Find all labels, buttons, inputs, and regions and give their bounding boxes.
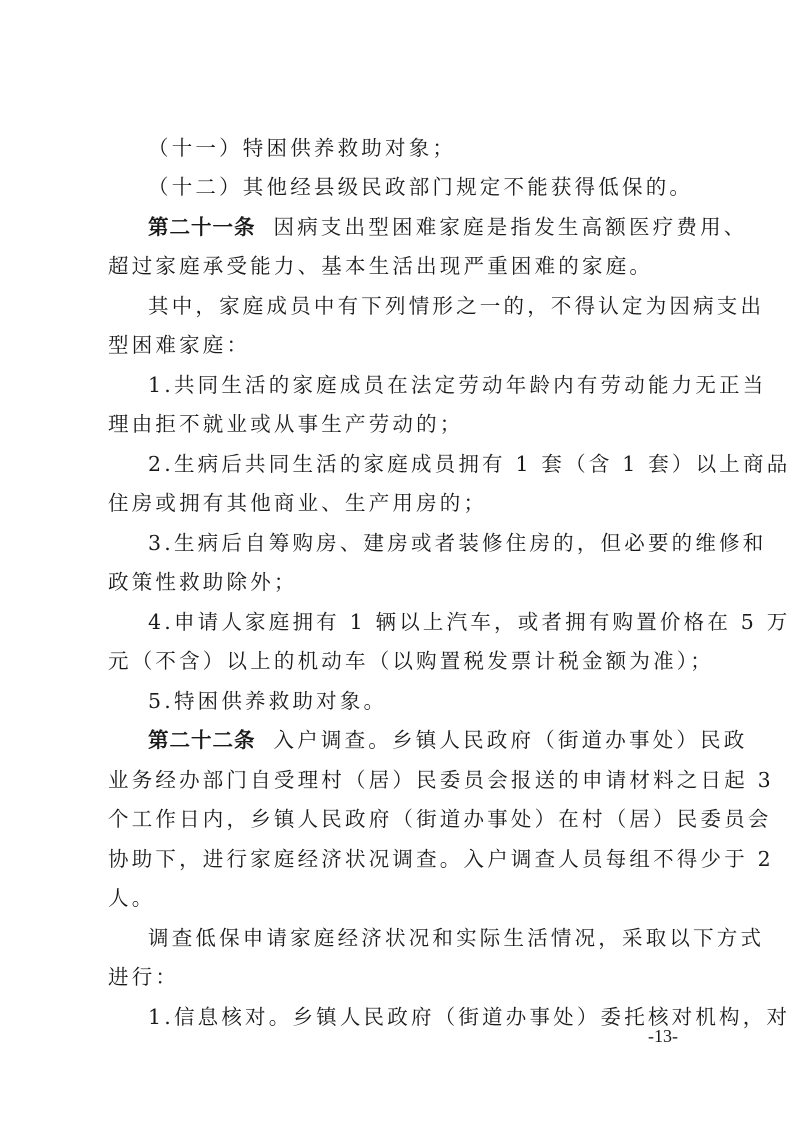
- line-text: 4.申请人家庭拥有 1 辆以上汽车，或者拥有购置价格在 5 万: [148, 610, 790, 634]
- line-text: 政策性救助除外；: [108, 570, 298, 594]
- article-heading: 第二十一条: [148, 215, 256, 239]
- line-text: 1.共同生活的家庭成员在法定劳动年龄内有劳动能力无正当: [148, 373, 766, 397]
- page-number: -13-: [648, 1026, 678, 1047]
- line-text: 业务经办部门自受理村（居）民委员会报送的申请材料之日起 3: [108, 768, 774, 792]
- paragraph-line: 个工作日内，乡镇人民政府（街道办事处）在村（居）民委员会: [108, 806, 690, 832]
- line-text: 2.生病后共同生活的家庭成员拥有 1 套（含 1 套）以上商品: [148, 452, 790, 476]
- list-item-line: 2.生病后共同生活的家庭成员拥有 1 套（含 1 套）以上商品: [148, 451, 690, 477]
- line-text: 协助下，进行家庭经济状况调查。入户调查人员每组不得少于 2: [108, 847, 774, 871]
- paragraph-line: 协助下，进行家庭经济状况调查。入户调查人员每组不得少于 2: [108, 846, 690, 872]
- list-item-line: 1.信息核对。乡镇人民政府（街道办事处）委托核对机构，对: [148, 1004, 690, 1030]
- line-text: 超过家庭承受能力、基本生活出现严重困难的家庭。: [108, 254, 653, 278]
- paragraph-line: （十二）其他经县级民政部门规定不能获得低保的。: [148, 174, 690, 200]
- line-text: 调查低保申请家庭经济状况和实际生活情况，采取以下方式: [148, 926, 764, 950]
- paragraph-line: 其中，家庭成员中有下列情形之一的，不得认定为因病支出: [148, 293, 690, 319]
- line-text: 理由拒不就业或从事生产劳动的；: [108, 412, 464, 436]
- line-text: 入户调查。乡镇人民政府（街道办事处）民政: [274, 728, 748, 752]
- list-item-line: 政策性救助除外；: [108, 569, 690, 595]
- line-text: 元（不含）以上的机动车（以购置税发票计税金额为准）；: [108, 649, 714, 673]
- list-item-line: 元（不含）以上的机动车（以购置税发票计税金额为准）；: [108, 648, 690, 674]
- line-text: 5.特困供养救助对象。: [148, 689, 387, 713]
- paragraph-line: 业务经办部门自受理村（居）民委员会报送的申请材料之日起 3: [108, 767, 690, 793]
- line-text: （十二）其他经县级民政部门规定不能获得低保的。: [148, 175, 693, 199]
- line-text: 3.生病后自筹购房、建房或者装修住房的，但必要的维修和: [148, 531, 766, 555]
- list-item-line: 5.特困供养救助对象。: [148, 688, 690, 714]
- article-21-line: 第二十一条因病支出型困难家庭是指发生高额医疗费用、: [148, 214, 690, 240]
- list-item-line: 1.共同生活的家庭成员在法定劳动年龄内有劳动能力无正当: [148, 372, 690, 398]
- paragraph-line: 人。: [108, 885, 690, 911]
- paragraph-line: （十一）特困供养救助对象；: [148, 135, 690, 161]
- line-text: 住房或拥有其他商业、生产用房的；: [108, 491, 487, 515]
- list-item-line: 4.申请人家庭拥有 1 辆以上汽车，或者拥有购置价格在 5 万: [148, 609, 690, 635]
- paragraph-line: 型困难家庭：: [108, 332, 690, 358]
- list-item-line: 住房或拥有其他商业、生产用房的；: [108, 490, 690, 516]
- line-text: 其中，家庭成员中有下列情形之一的，不得认定为因病支出: [148, 294, 764, 318]
- list-item-line: 理由拒不就业或从事生产劳动的；: [108, 411, 690, 437]
- paragraph-line: 超过家庭承受能力、基本生活出现严重困难的家庭。: [108, 253, 690, 279]
- article-22-line: 第二十二条入户调查。乡镇人民政府（街道办事处）民政: [148, 727, 690, 753]
- line-text: （十一）特困供养救助对象；: [148, 136, 456, 160]
- line-text: 1.信息核对。乡镇人民政府（街道办事处）委托核对机构，对: [148, 1005, 790, 1029]
- line-text: 因病支出型困难家庭是指发生高额医疗费用、: [274, 215, 748, 239]
- article-heading: 第二十二条: [148, 728, 256, 752]
- paragraph-line: 进行：: [108, 964, 690, 990]
- line-text: 个工作日内，乡镇人民政府（街道办事处）在村（居）民委员会: [108, 807, 772, 831]
- line-text: 人。: [108, 886, 155, 910]
- line-text: 型困难家庭：: [108, 333, 250, 357]
- list-item-line: 3.生病后自筹购房、建房或者装修住房的，但必要的维修和: [148, 530, 690, 556]
- line-text: 进行：: [108, 965, 179, 989]
- paragraph-line: 调查低保申请家庭经济状况和实际生活情况，采取以下方式: [148, 925, 690, 951]
- document-page: （十一）特困供养救助对象； （十二）其他经县级民政部门规定不能获得低保的。 第二…: [0, 0, 793, 1122]
